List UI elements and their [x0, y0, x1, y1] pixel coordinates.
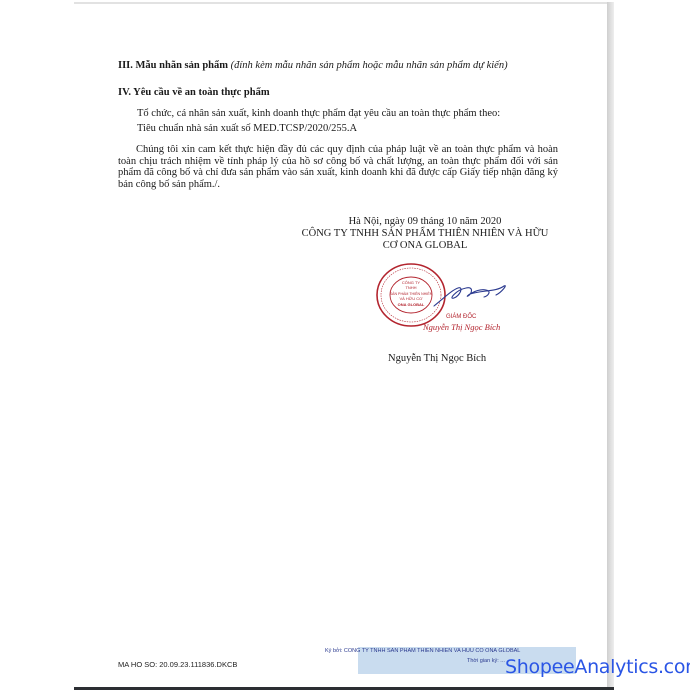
document-page	[74, 2, 607, 690]
file-code: MA HO SO: 20.09.23.111836.DKCB	[118, 660, 237, 669]
company-name-line-2: CƠ ONA GLOBAL	[280, 239, 570, 252]
signer-title: GIÁM ĐỐC	[446, 314, 476, 320]
section-3-title: III. Mẫu nhãn sản phẩm	[118, 60, 228, 71]
stamp-line-5: ONA GLOBAL	[398, 302, 425, 307]
section-4-title: IV. Yêu cầu về an toàn thực phẩm	[118, 86, 270, 99]
signer-stamp-name: Nguyễn Thị Ngọc Bích	[423, 322, 500, 332]
section-3-note: (đính kèm mẫu nhãn sản phẩm hoặc mẫu nhã…	[231, 60, 508, 71]
page-shadow	[607, 2, 614, 688]
section-4-line-2: Tiêu chuẩn nhà sản xuất số MED.TCSP/2020…	[137, 122, 357, 135]
section-3-heading: III. Mẫu nhãn sản phẩm (đính kèm mẫu nhã…	[118, 59, 508, 72]
digital-signed-by: Ký bởi: CONG TY TNHH SAN PHAM THIEN NHIE…	[325, 648, 520, 654]
handwritten-signature-icon	[430, 276, 520, 312]
section-4-line-1: Tổ chức, cá nhân sản xuất, kinh doanh th…	[137, 107, 500, 120]
commitment-paragraph: Chúng tôi xin cam kết thực hiện đầy đủ c…	[118, 144, 558, 190]
digital-signed-time: Thời gian ký: ...	[467, 658, 505, 664]
watermark: ShopeeAnalytics.com	[505, 656, 690, 678]
stamp-line-4: VÀ HỮU CƠ	[399, 296, 423, 301]
signer-name: Nguyễn Thị Ngọc Bích	[388, 352, 486, 365]
stamp-line-2: TNHH	[405, 285, 416, 290]
